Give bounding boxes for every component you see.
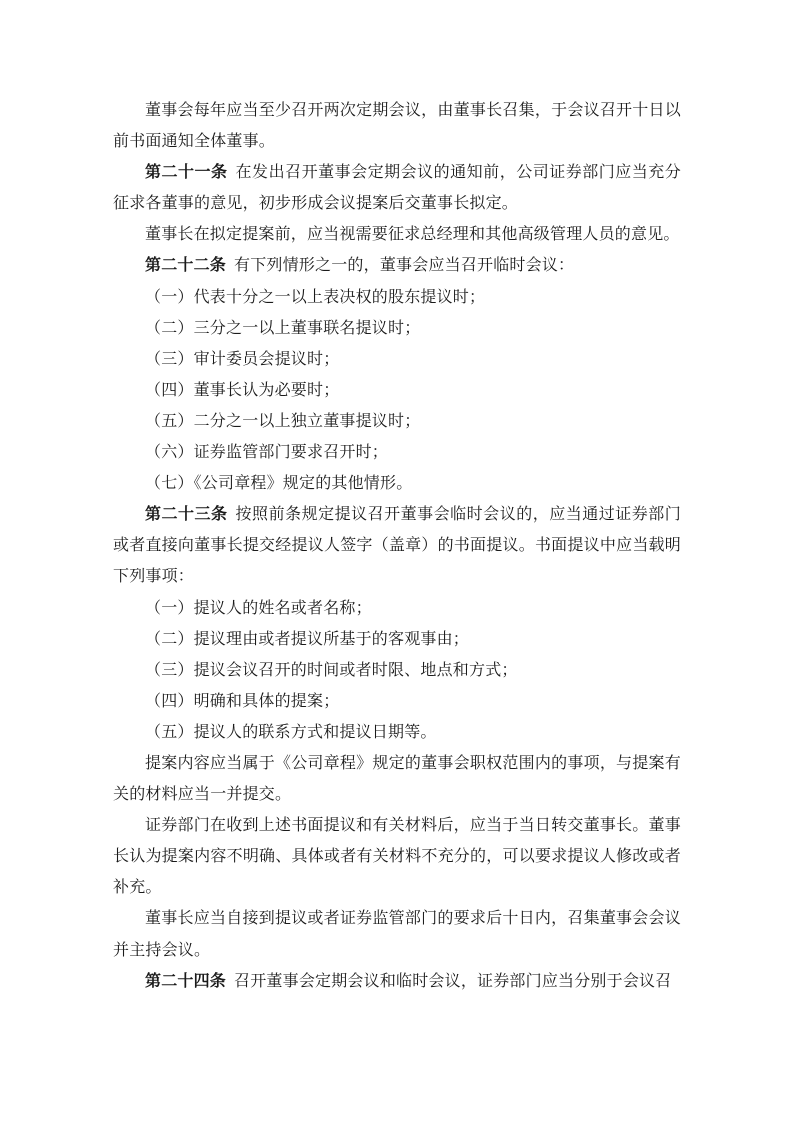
paragraph: 第二十三条按照前条规定提议召开董事会临时会议的，应当通过证券部门或者直接向董事长… bbox=[113, 499, 681, 592]
paragraph-text: （七）《公司章程》规定的其他情形。 bbox=[145, 475, 412, 492]
paragraph: （一）提议人的姓名或者名称； bbox=[113, 593, 681, 624]
paragraph-text: 董事会每年应当至少召开两次定期会议，由董事长召集，于会议召开十日以前书面通知全体… bbox=[113, 102, 681, 150]
paragraph: （七）《公司章程》规定的其他情形。 bbox=[113, 468, 681, 499]
paragraph-text: （六）证券监管部门要求召开时； bbox=[145, 444, 388, 461]
paragraph: 董事会每年应当至少召开两次定期会议，由董事长召集，于会议召开十日以前书面通知全体… bbox=[113, 95, 681, 157]
paragraph: 证券部门在收到上述书面提议和有关材料后，应当于当日转交董事长。董事长认为提案内容… bbox=[113, 810, 681, 903]
paragraph: （三）审计委员会提议时； bbox=[113, 344, 681, 375]
paragraph-text: 董事长在拟定提案前，应当视需要征求总经理和其他高级管理人员的意见。 bbox=[145, 226, 680, 243]
paragraph-text: （二）三分之一以上董事联名提议时； bbox=[145, 320, 420, 337]
paragraph-text: （五）二分之一以上独立董事提议时； bbox=[145, 413, 420, 430]
article-number: 第二十二条 bbox=[145, 257, 226, 274]
paragraph-text: （一）代表十分之一以上表决权的股东提议时； bbox=[145, 289, 485, 306]
document-body: 董事会每年应当至少召开两次定期会议，由董事长召集，于会议召开十日以前书面通知全体… bbox=[113, 95, 681, 997]
paragraph-text: （四）董事长认为必要时； bbox=[145, 382, 339, 399]
paragraph: （二）三分之一以上董事联名提议时； bbox=[113, 313, 681, 344]
paragraph: （五）提议人的联系方式和提议日期等。 bbox=[113, 717, 681, 748]
paragraph: 第二十二条有下列情形之一的，董事会应当召开临时会议： bbox=[113, 250, 681, 281]
paragraph: （四）明确和具体的提案； bbox=[113, 686, 681, 717]
paragraph-text: （一）提议人的姓名或者名称； bbox=[145, 600, 372, 617]
paragraph-text: 提案内容应当属于《公司章程》规定的董事会职权范围内的事项，与提案有关的材料应当一… bbox=[113, 755, 681, 803]
paragraph-text: （四）明确和具体的提案； bbox=[145, 693, 339, 710]
paragraph: （六）证券监管部门要求召开时； bbox=[113, 437, 681, 468]
article-number: 第二十三条 bbox=[145, 506, 228, 523]
article-number: 第二十一条 bbox=[145, 164, 228, 181]
paragraph: （四）董事长认为必要时； bbox=[113, 375, 681, 406]
paragraph: 董事长应当自接到提议或者证券监管部门的要求后十日内，召集董事会会议并主持会议。 bbox=[113, 903, 681, 965]
paragraph: 提案内容应当属于《公司章程》规定的董事会职权范围内的事项，与提案有关的材料应当一… bbox=[113, 748, 681, 810]
paragraph-text: （三）审计委员会提议时； bbox=[145, 351, 339, 368]
paragraph: （五）二分之一以上独立董事提议时； bbox=[113, 406, 681, 437]
paragraph-text: 证券部门在收到上述书面提议和有关材料后，应当于当日转交董事长。董事长认为提案内容… bbox=[113, 817, 681, 896]
paragraph-text: （五）提议人的联系方式和提议日期等。 bbox=[145, 724, 437, 741]
paragraph: （二）提议理由或者提议所基于的客观事由； bbox=[113, 624, 681, 655]
paragraph: （一）代表十分之一以上表决权的股东提议时； bbox=[113, 282, 681, 313]
paragraph-text: （三）提议会议召开的时间或者时限、地点和方式； bbox=[145, 662, 518, 679]
paragraph: 第二十一条在发出召开董事会定期会议的通知前，公司证券部门应当充分征求各董事的意见… bbox=[113, 157, 681, 219]
article-number: 第二十四条 bbox=[145, 973, 226, 990]
paragraph-text: （二）提议理由或者提议所基于的客观事由； bbox=[145, 631, 469, 648]
document-page: 董事会每年应当至少召开两次定期会议，由董事长召集，于会议召开十日以前书面通知全体… bbox=[0, 0, 794, 1122]
paragraph-text: 董事长应当自接到提议或者证券监管部门的要求后十日内，召集董事会会议并主持会议。 bbox=[113, 910, 681, 958]
paragraph: （三）提议会议召开的时间或者时限、地点和方式； bbox=[113, 655, 681, 686]
paragraph: 董事长在拟定提案前，应当视需要征求总经理和其他高级管理人员的意见。 bbox=[113, 219, 681, 250]
paragraph-text: 有下列情形之一的，董事会应当召开临时会议： bbox=[234, 257, 574, 274]
paragraph-text: 召开董事会定期会议和临时会议，证券部门应当分别于会议召 bbox=[234, 973, 671, 990]
paragraph: 第二十四条召开董事会定期会议和临时会议，证券部门应当分别于会议召 bbox=[113, 966, 681, 997]
